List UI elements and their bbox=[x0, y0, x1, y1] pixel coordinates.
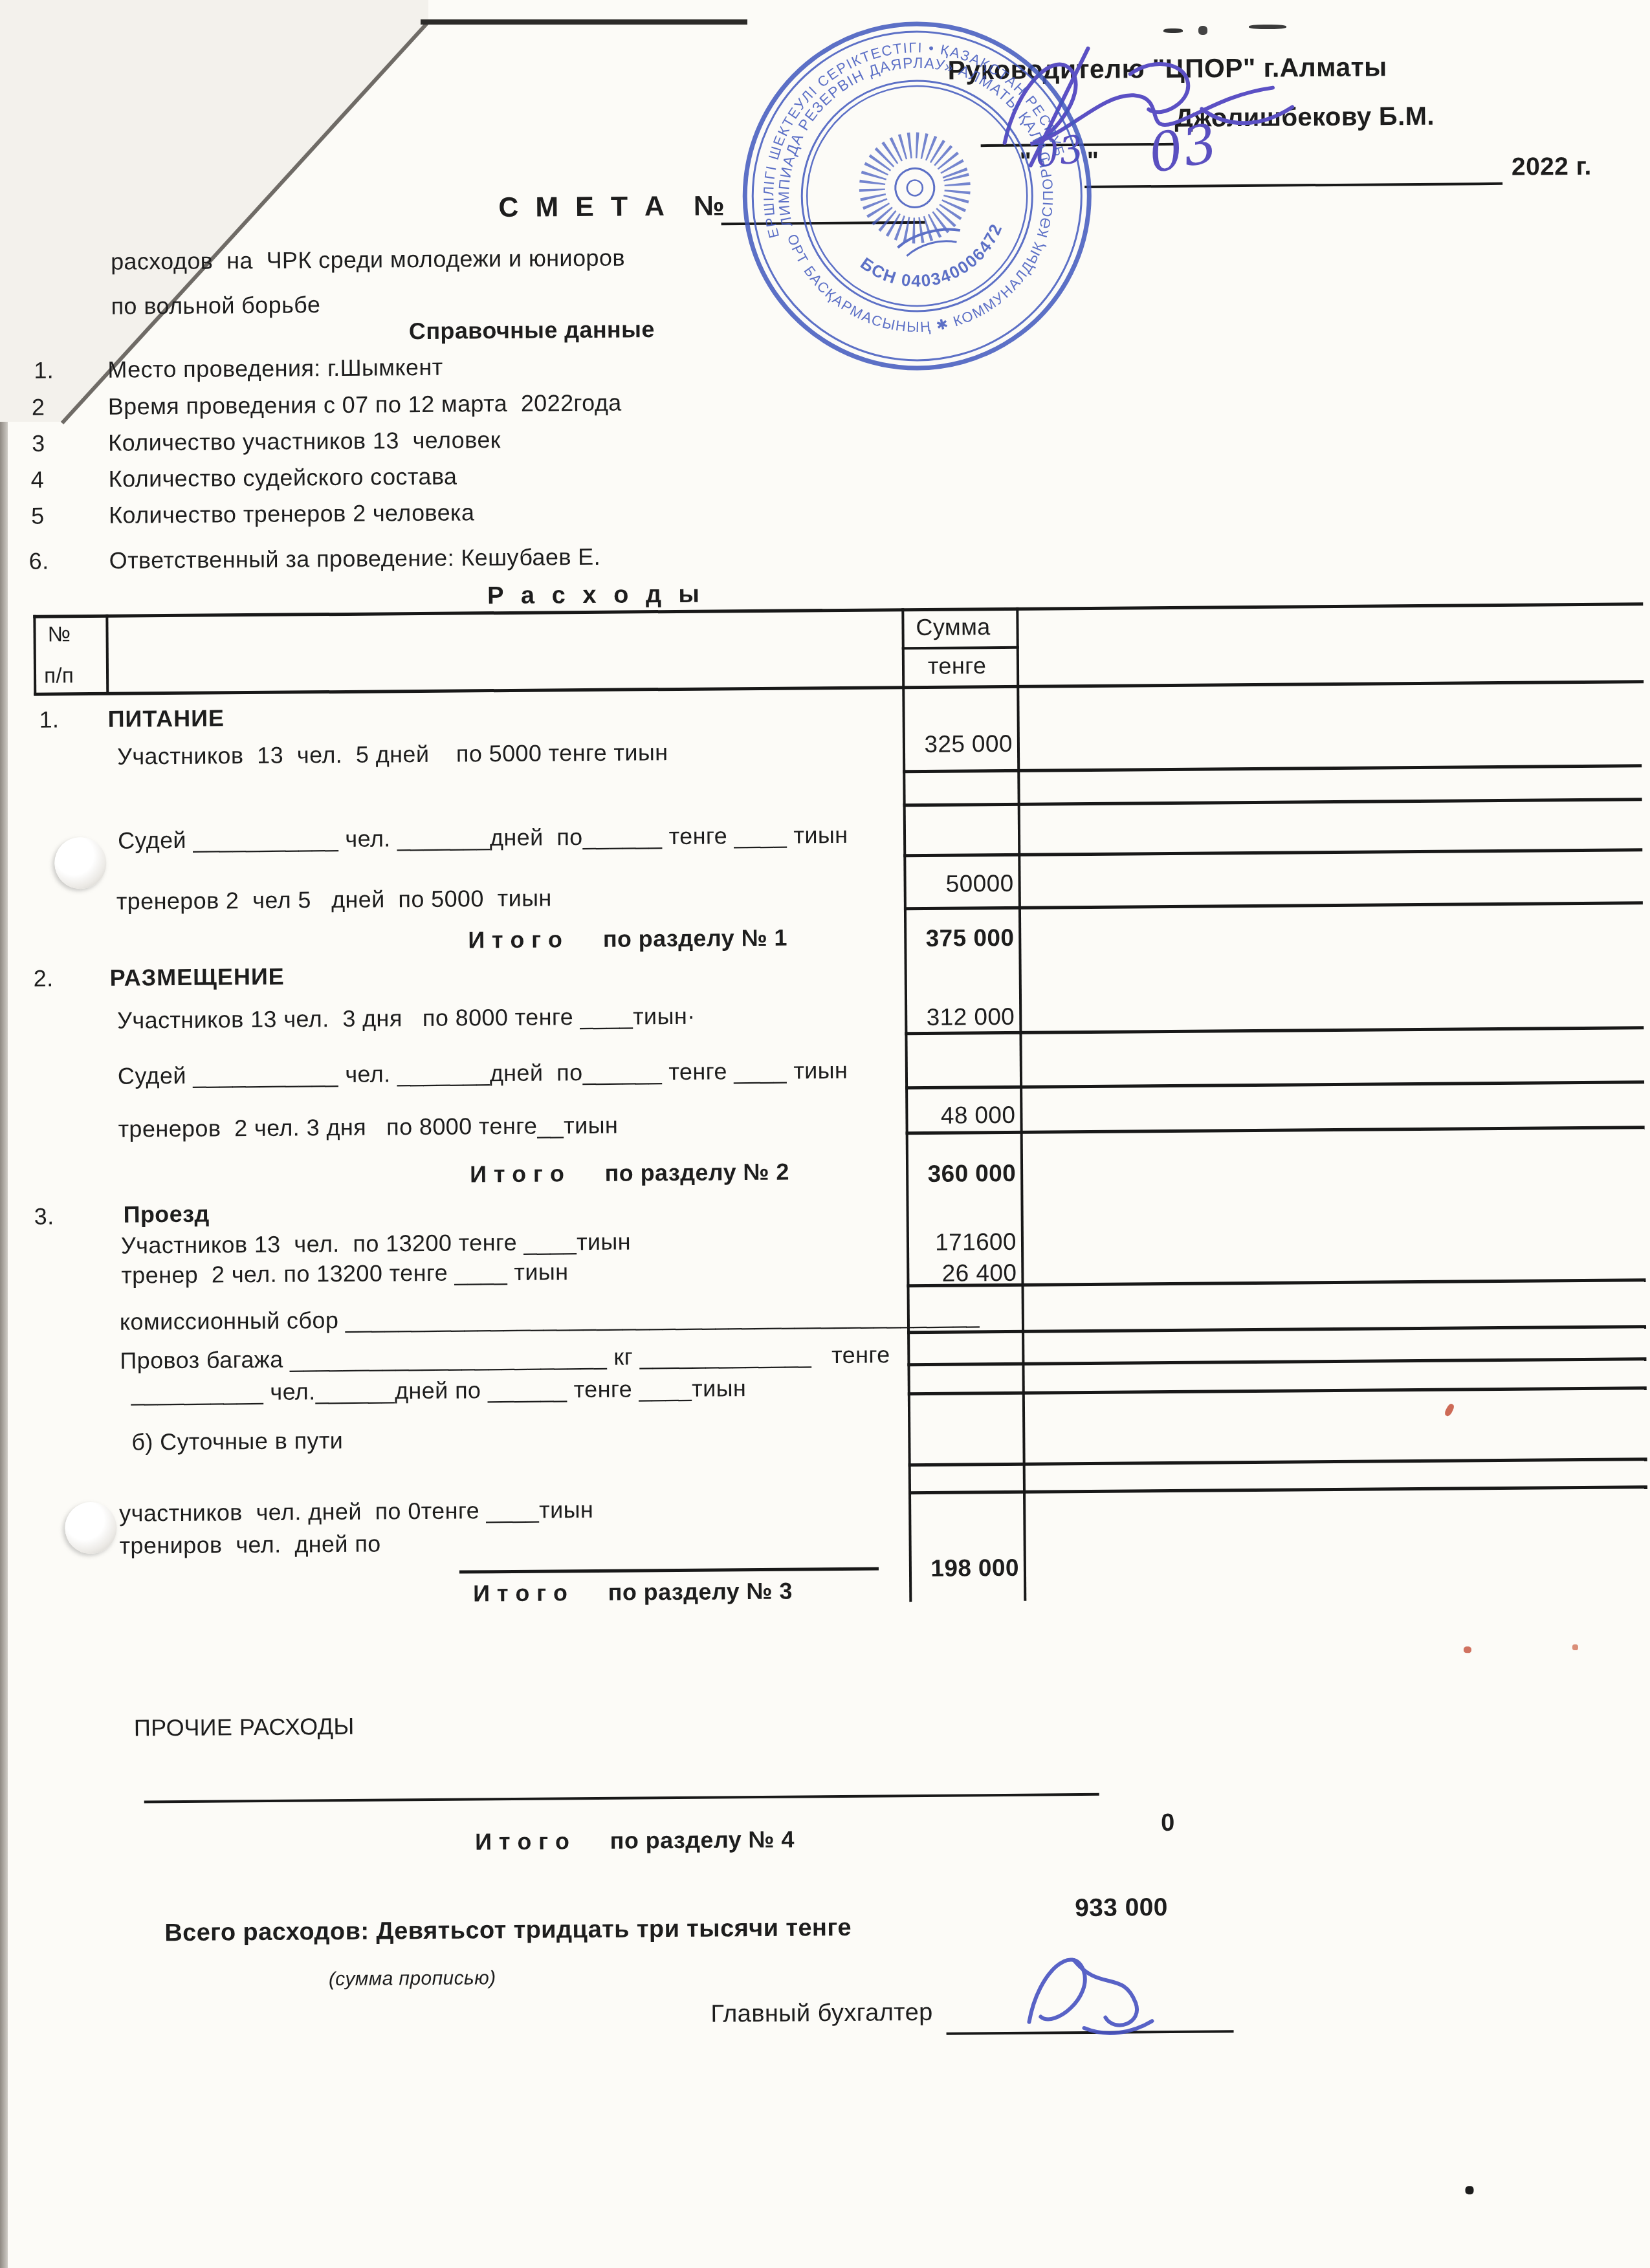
section1-total-label: И т о г о по разделу № 1 bbox=[468, 925, 787, 954]
section1-title: ПИТАНИЕ bbox=[107, 705, 225, 732]
section3-row2-amount: 26 400 bbox=[848, 1259, 1017, 1287]
section4-total-label: И т о г о по разделу № 4 bbox=[475, 1827, 795, 1855]
reference-item-num: 3 bbox=[32, 431, 45, 457]
intro-line2: по вольной борьбе bbox=[111, 292, 320, 320]
amount-row-line bbox=[905, 1080, 1644, 1089]
amount-row-line bbox=[908, 1485, 1647, 1494]
section2-row2: Судей ___________ чел. _______дней по___… bbox=[118, 1058, 848, 1089]
section2-num: 2. bbox=[34, 965, 54, 992]
section1-row3: тренеров 2 чел 5 дней по 5000 тиын bbox=[116, 885, 552, 915]
col-header-sum: Сумма bbox=[916, 614, 990, 640]
intro-line1: расходов на ЧРК среди молодежи и юниоров bbox=[111, 245, 625, 276]
col-header-no2: п/п bbox=[44, 664, 74, 688]
section3-row6: б) Суточные в пути bbox=[131, 1428, 343, 1456]
reference-item-text: Ответственный за проведение: Кешубаев Е. bbox=[109, 544, 601, 574]
section3-row7: участников чел. дней по 0тенге ____тиын bbox=[119, 1497, 593, 1527]
table-top-border bbox=[33, 602, 1643, 618]
col-header-no: № bbox=[47, 622, 71, 646]
reference-item-num: 2 bbox=[32, 395, 45, 420]
accountant-signature bbox=[996, 1930, 1191, 2048]
correction-blob bbox=[65, 1502, 117, 1554]
section1-total-amount: 375 000 bbox=[846, 924, 1014, 952]
section2-row3-amount: 48 000 bbox=[847, 1102, 1015, 1129]
amount-row-line bbox=[905, 1026, 1644, 1035]
section3-total-label: И т о г о по разделу № 3 bbox=[473, 1578, 793, 1607]
section2-title: РАЗМЕЩЕНИЕ bbox=[110, 964, 285, 991]
section1-row3-amount: 50000 bbox=[845, 870, 1013, 898]
table-border-no-col bbox=[105, 615, 109, 695]
reference-item-num: 1. bbox=[34, 357, 54, 384]
amount-row-line bbox=[907, 1357, 1646, 1366]
red-speck bbox=[1444, 1402, 1455, 1417]
reference-item-num: 4 bbox=[31, 467, 45, 493]
scanned-smeta-document: Руководителю "ЦПОР" г.Алматы Джолишбеков… bbox=[0, 0, 1650, 2268]
reference-item-text: Количество судейского состава bbox=[109, 464, 457, 493]
section1-row1-amount: 325 000 bbox=[844, 730, 1013, 758]
section2-total-label: И т о г о по разделу № 2 bbox=[470, 1159, 789, 1188]
red-speck bbox=[1572, 1644, 1578, 1650]
section3-title: Проезд bbox=[123, 1201, 209, 1228]
section4-title: ПРОЧИЕ РАСХОДЫ bbox=[134, 1714, 355, 1741]
section3-row3: комиссионный сбор ______________________… bbox=[120, 1302, 980, 1335]
section3-row1: Участников 13 чел. по 13200 тенге ____ти… bbox=[121, 1228, 631, 1259]
reference-item-num: 5 bbox=[31, 503, 45, 529]
amount-row-line bbox=[904, 901, 1643, 910]
section2-row1: Участников 13 чел. 3 дня по 8000 тенге _… bbox=[117, 1003, 696, 1034]
reference-item-text: Время проведения с 07 по 12 марта 2022го… bbox=[108, 390, 622, 420]
amount-row-line bbox=[907, 1325, 1646, 1334]
section4-total-amount: 0 bbox=[1161, 1809, 1175, 1837]
stamp-center-emblem bbox=[863, 135, 973, 260]
table-border-left bbox=[33, 615, 36, 695]
section1-row1: Участников 13 чел. 5 дней по 5000 тенге … bbox=[117, 739, 668, 770]
table-border-sum-right bbox=[1016, 607, 1026, 1601]
other-expenses-underline bbox=[144, 1793, 1099, 1804]
section2-row1-amount: 312 000 bbox=[846, 1003, 1015, 1031]
ink-dot bbox=[1465, 2186, 1473, 2194]
reference-item-num: 6. bbox=[29, 549, 49, 575]
expenses-heading: Р а с х о д ы bbox=[487, 581, 705, 610]
col-header-currency: тенге bbox=[928, 653, 987, 679]
date-underline bbox=[1084, 182, 1502, 188]
red-speck bbox=[1464, 1646, 1471, 1653]
section3-num: 3. bbox=[34, 1203, 54, 1230]
section3-row8: трениров чел. дней по bbox=[119, 1531, 380, 1559]
amount-row-line bbox=[903, 764, 1642, 773]
document-content: Руководителю "ЦПОР" г.Алматы Джолишбеков… bbox=[0, 0, 1650, 2268]
section3-row2: тренер 2 чел. по 13200 тенге ____ тиын bbox=[121, 1259, 568, 1289]
grand-total-amount: 933 000 bbox=[1075, 1893, 1168, 1923]
amount-row-line bbox=[903, 798, 1642, 807]
section3-total-amount: 198 000 bbox=[851, 1554, 1019, 1582]
section3-total-overline bbox=[459, 1567, 879, 1573]
reference-item-text: Количество участников 13 человек bbox=[108, 427, 501, 456]
reference-heading: Справочные данные bbox=[409, 316, 655, 344]
document-title: С М Е Т А № bbox=[498, 190, 729, 223]
section2-total-amount: 360 000 bbox=[848, 1160, 1016, 1188]
sum-header-divider bbox=[902, 646, 1019, 649]
amount-row-line bbox=[906, 1126, 1645, 1135]
amount-row-line bbox=[907, 1278, 1645, 1287]
reference-item-text: Количество тренеров 2 человека bbox=[109, 499, 475, 529]
amount-in-words-note: (сумма прописью) bbox=[329, 1967, 496, 1990]
section1-row2: Судей ___________ чел. _______дней по___… bbox=[118, 822, 848, 854]
amount-row-line bbox=[903, 848, 1642, 857]
section3-row4: Провоз багажа ________________________ к… bbox=[120, 1342, 890, 1374]
amount-row-line bbox=[908, 1457, 1647, 1467]
reference-item-text: Место проведения: г.Шымкент bbox=[107, 354, 443, 383]
section1-num: 1. bbox=[39, 706, 59, 733]
accountant-label: Главный бухгалтер bbox=[710, 1999, 933, 2028]
correction-blob bbox=[54, 837, 107, 889]
section3-row1-amount: 171600 bbox=[848, 1228, 1017, 1256]
grand-total-label: Всего расходов: Девятьсот тридцать три т… bbox=[164, 1914, 852, 1947]
section2-row3: тренеров 2 чел. 3 дня по 8000 тенге__тиы… bbox=[118, 1113, 618, 1142]
section3-row5: __________ чел.______дней по ______ тенг… bbox=[131, 1375, 747, 1406]
year-label: 2022 г. bbox=[1512, 153, 1592, 182]
official-round-stamp: ЖАУАПКЕРШІЛІГІ ШЕКТЕУЛІ СЕРІКТЕСТІГІ • Қ… bbox=[732, 12, 1101, 380]
table-header-bottom-border bbox=[34, 680, 1644, 696]
amount-row-line bbox=[908, 1386, 1647, 1395]
